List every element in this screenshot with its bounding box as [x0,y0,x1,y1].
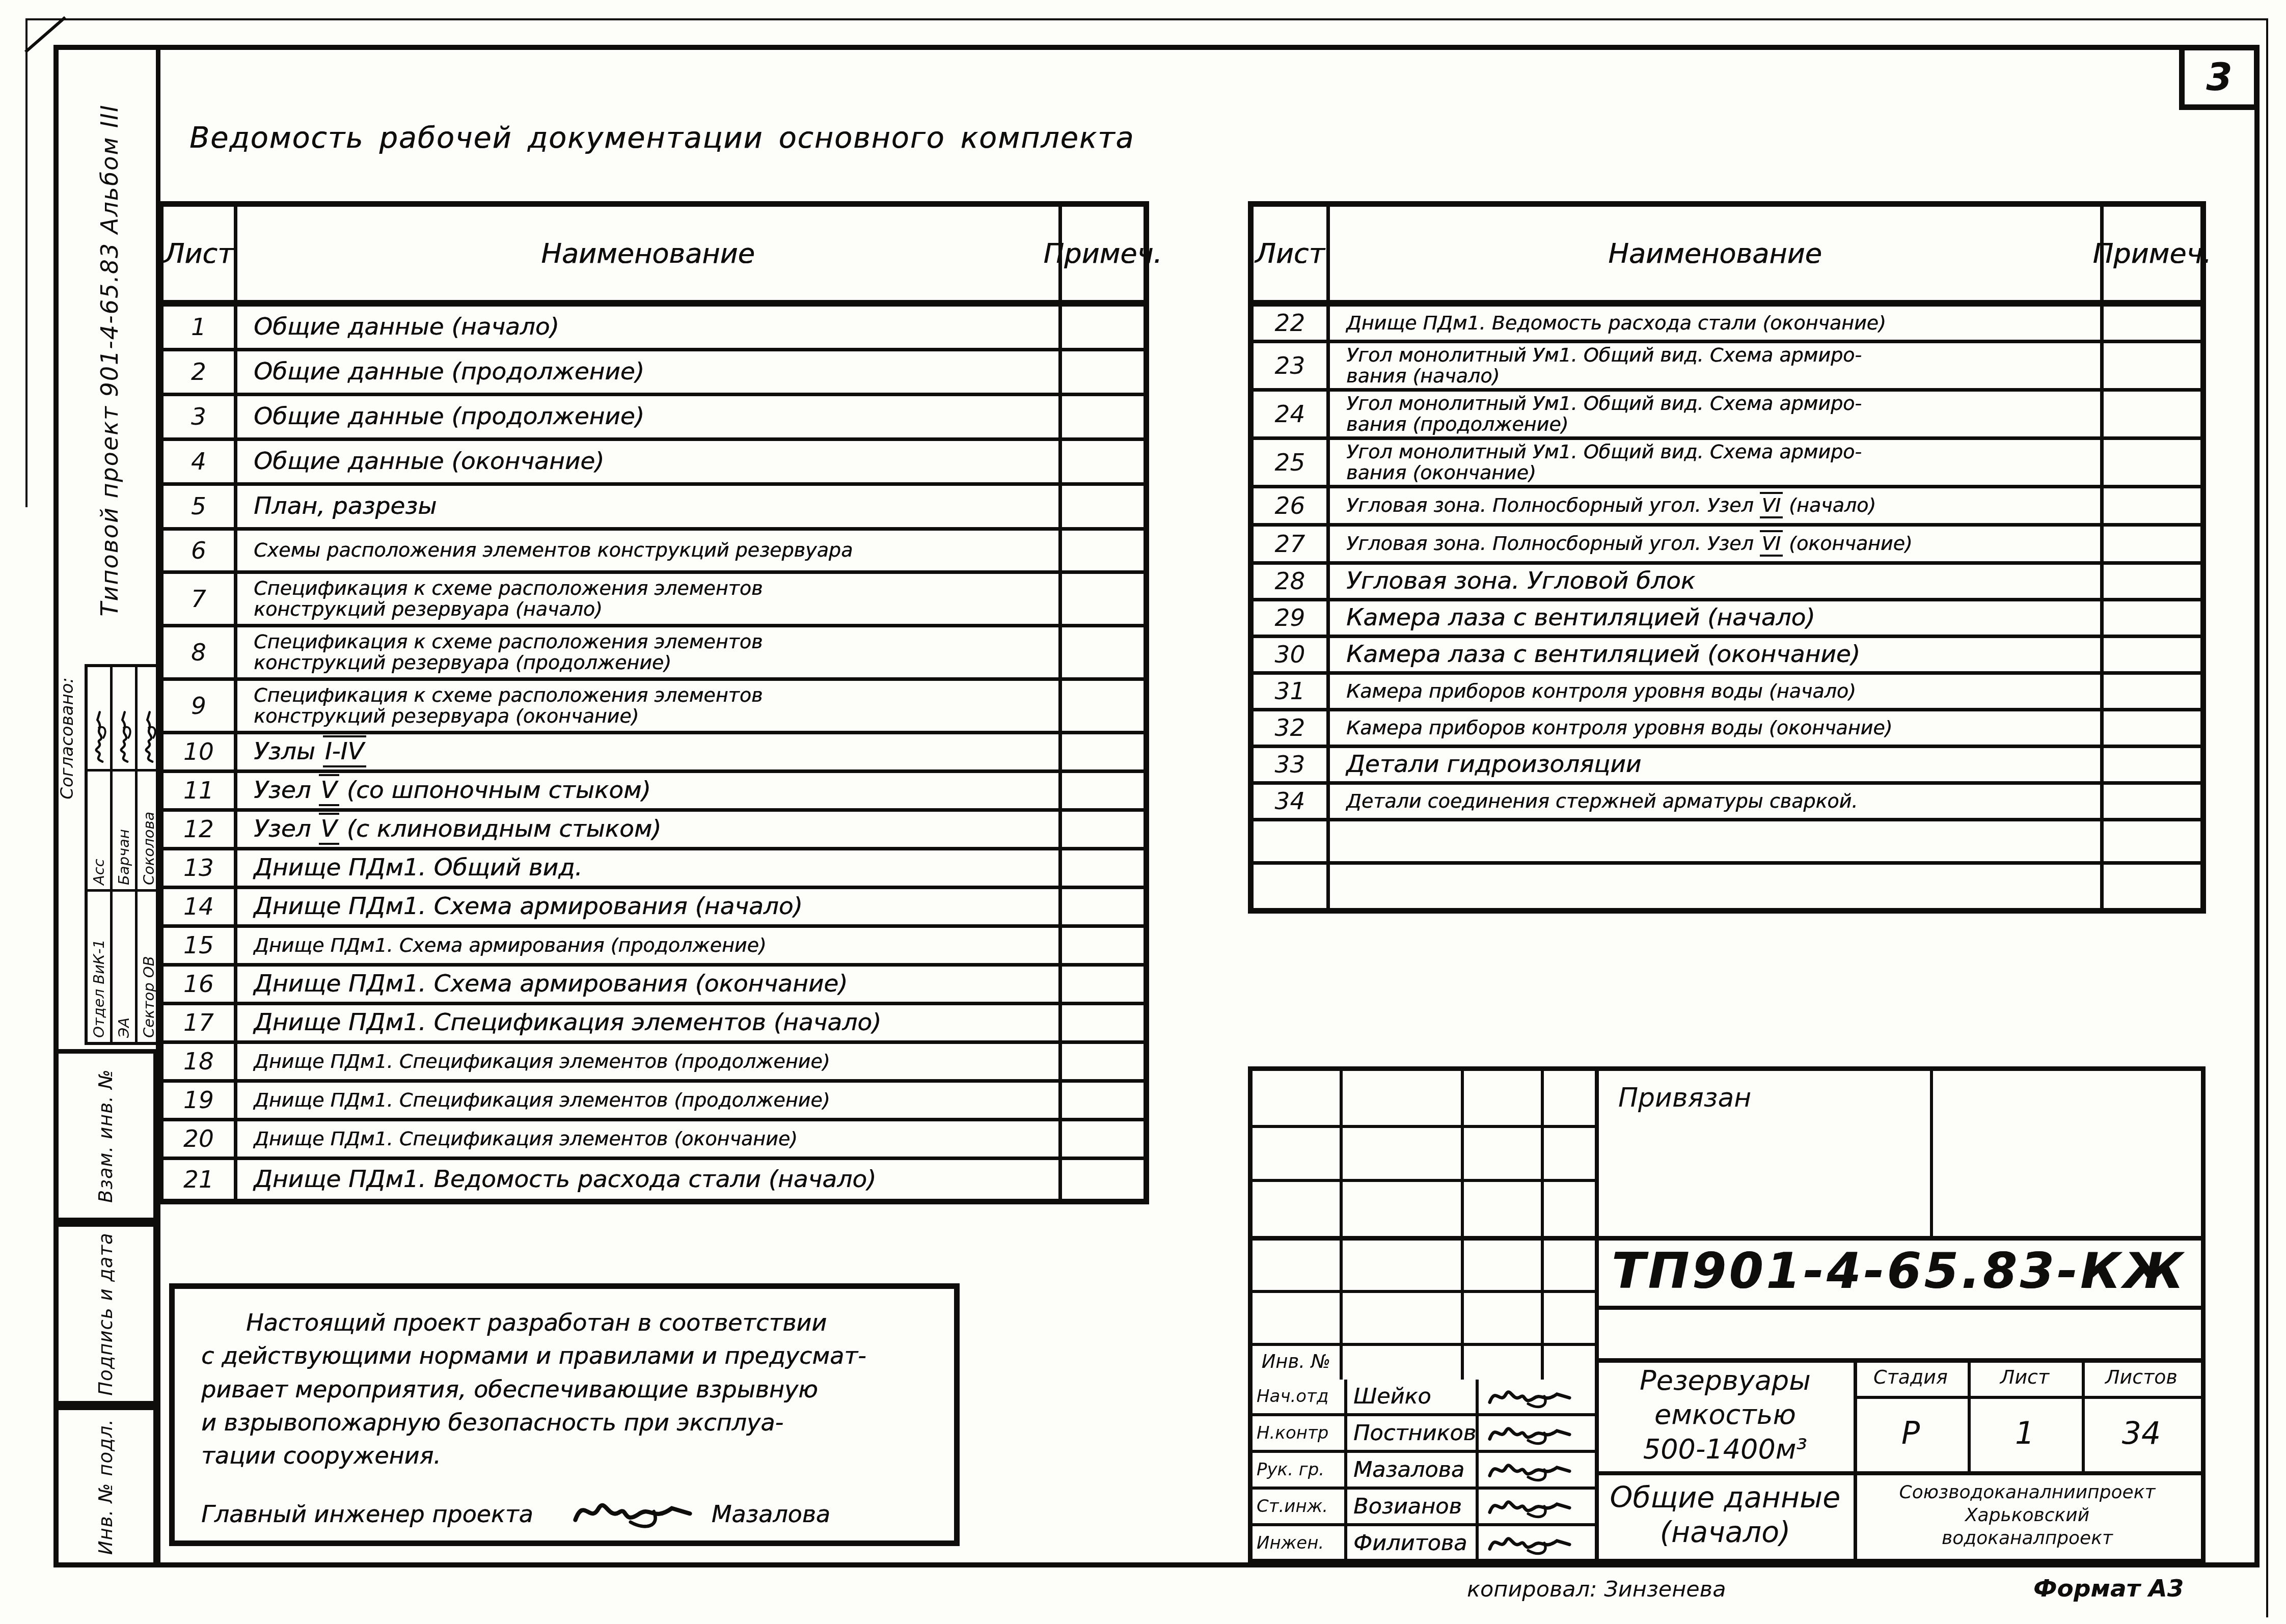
table-row: 21Днище ПДм1. Ведомость расхода стали (н… [164,1160,1144,1199]
table-row: 17Днище ПДм1. Спецификация элементов (на… [164,1005,1144,1044]
row-name-cell: Узлы I-IV [237,734,1062,769]
row-name-line: вания (начало) [1346,366,2100,387]
copied-by-note: копировал: Зинзенева [1467,1577,1726,1602]
row-number-cell: 21 [164,1160,237,1199]
row-number-cell: 34 [1254,785,1330,818]
approval-name: Асс [88,769,110,889]
row-note-cell [1062,627,1144,677]
stamp-label: Подпись и дата [95,1232,117,1395]
document-list-title: Ведомость рабочей документации основного… [189,121,1134,155]
row-name-line: Угловая зона. Полносборный угол. Узел VI… [1346,533,2100,554]
table-row: 29Камера лаза с вентиляцией (начало) [1254,601,2200,638]
row-note-cell [1062,441,1144,482]
row-name-line: Схемы расположения элементов конструкций… [254,540,1058,561]
signature-icon [1479,1455,1581,1484]
approval-row: ЭАБарчан [113,667,138,1042]
organization-name: СоюзводоканалниипроектХарьковскийводокан… [1854,1471,2201,1559]
note-line: и взрывопожарную безопасность при эксплу… [201,1406,931,1439]
row-name-line: Камера лаза с вентиляцией (начало) [1346,605,2100,631]
col-header-note: Примеч. [1062,207,1144,300]
row-name-cell: Схемы расположения элементов конструкций… [237,531,1062,570]
chief-engineer-line: Главный инженер проекта Мазалова [201,1490,931,1538]
table-row: 24Угол монолитный Ум1. Общий вид. Схема … [1254,392,2200,440]
row-number-cell [1254,865,1330,908]
title-block-line [1597,1306,2201,1310]
row-note-cell [2104,343,2200,388]
stage-value-cell: 1 [1968,1396,2082,1471]
row-note-cell [1062,889,1144,924]
roman-numeral: V [319,774,339,806]
row-note-cell [1062,486,1144,527]
row-name-line: Днище ПДм1. Спецификация элементов (прод… [254,1090,1058,1111]
row-name-line: конструкций резервуара (окончание) [254,706,1058,727]
roman-numeral: I-IV [323,735,366,767]
organization-line: Харьковский [1965,1504,2089,1527]
col-header-sheet: Лист [1254,207,1330,300]
project-note-text: Настоящий проект разработан в соответств… [201,1306,931,1473]
row-name-cell [1330,865,2104,908]
table-row: 14Днище ПДм1. Схема армирования (начало) [164,889,1144,928]
staff-row: Инжен.Филитова [1253,1526,1595,1563]
row-number-cell: 1 [164,307,237,348]
organization-line: водоканалпроект [1942,1527,2113,1550]
row-name-cell: Днище ПДм1. Спецификация элементов (окон… [237,1121,1062,1157]
row-number-cell: 19 [164,1083,237,1118]
row-number-cell: 18 [164,1044,237,1079]
binding-note: Привязан [1597,1071,1951,1125]
row-number-cell: 8 [164,627,237,677]
col-header-name: Наименование [237,207,1062,300]
row-name-line: Детали соединения стержней арматуры свар… [1346,791,2100,812]
row-name-cell: Детали гидроизоляции [1330,748,2104,781]
row-note-cell [1062,1005,1144,1040]
approval-signature [113,667,135,769]
note-line: тации сооружения. [201,1439,931,1472]
row-name-cell: Общие данные (продолжение) [237,396,1062,437]
row-number-cell: 20 [164,1121,237,1157]
row-note-cell [1062,773,1144,808]
row-number-cell: 31 [1254,675,1330,708]
format-note: Формат А3 [2033,1575,2184,1603]
row-name-line: вания (продолжение) [1346,414,2100,435]
row-note-cell [2104,565,2200,598]
staff-name: Возианов [1347,1490,1479,1523]
table-row: 16Днище ПДм1. Схема армирования (окончан… [164,967,1144,1005]
chief-engineer-name: Мазалова [712,1500,830,1528]
row-number-cell [1254,821,1330,861]
staff-role: Нач.отд [1253,1380,1347,1413]
table-row: 33Детали гидроизоляции [1254,748,2200,785]
signature-icon [140,709,158,765]
row-number-cell: 12 [164,812,237,847]
title-block-line [1253,1125,1597,1128]
row-note-cell [1062,850,1144,886]
row-number-cell: 16 [164,967,237,1002]
col-header-sheet: Лист [164,207,237,300]
title-block: Привязан Инв. № ТП901-4-65.83-КЖ Резерву… [1248,1066,2206,1563]
signature-icon [1479,1528,1581,1558]
row-name-line: Угол монолитный Ум1. Общий вид. Схема ар… [1346,442,2100,462]
row-name-line: Камера лаза с вентиляцией (окончание) [1346,642,2100,668]
stamp-cell-inv-podl: Инв. № подл. [53,1406,158,1567]
row-name-cell: Спецификация к схеме расположения элемен… [237,681,1062,731]
doc-list-table-left: ЛистНаименованиеПримеч.1Общие данные (на… [158,201,1149,1204]
table-row: 18Днище ПДм1. Спецификация элементов (пр… [164,1044,1144,1083]
staff-row: Ст.инж.Возианов [1253,1490,1595,1526]
row-name-line: Общие данные (продолжение) [254,359,1058,385]
roman-numeral: VI [1760,530,1783,557]
row-name-line: Общие данные (окончание) [254,449,1058,475]
staff-signature [1479,1380,1595,1413]
row-name-cell: Днище ПДм1. Ведомость расхода стали (нач… [237,1160,1062,1199]
table-row: 2Общие данные (продолжение) [164,351,1144,396]
row-note-cell [2104,748,2200,781]
approval-dept: Отдел ВиК-1 [88,889,110,1042]
row-name-line: конструкций резервуара (начало) [254,599,1058,620]
row-name-line: Днище ПДм1. Схема армирования (продолжен… [254,935,1058,956]
row-name-line: Камера приборов контроля уровня воды (на… [1346,681,2100,702]
table-row: 10Узлы I-IV [164,734,1144,773]
row-name-line: Днище ПДм1. Ведомость расхода стали (нач… [254,1167,1058,1193]
row-name-line: Днище ПДм1. Спецификация элементов (окон… [254,1128,1058,1149]
col-header-note: Примеч. [2104,207,2200,300]
row-number-cell: 15 [164,928,237,963]
row-note-cell [2104,527,2200,561]
row-note-cell [1062,396,1144,437]
table-row: 5План, разрезы [164,486,1144,531]
row-note-cell [1062,734,1144,769]
row-name-line: Днище ПДм1. Спецификация элементов (прод… [254,1051,1058,1072]
row-note-cell [1062,307,1144,348]
row-note-cell [1062,967,1144,1002]
row-name-line: Спецификация к схеме расположения элемен… [254,631,1058,652]
row-number-cell: 33 [1254,748,1330,781]
row-note-cell [2104,675,2200,708]
scanned-drawing-sheet: 3 Типовой проект 901-4-65.83 Альбом III … [0,0,2286,1624]
row-note-cell [2104,488,2200,523]
note-line: с действующими нормами и правилами и пре… [201,1339,931,1372]
approval-name: Барчан [113,769,135,889]
stage-value-cell: Р [1854,1396,1968,1471]
row-name-line: Днище ПДм1. Схема армирования (начало) [254,894,1058,920]
row-name-cell: Угловая зона. Полносборный угол. Узел VI… [1330,488,2104,523]
staff-row: Н.контрПостников [1253,1416,1595,1453]
row-name-line: Угол монолитный Ум1. Общий вид. Схема ар… [1346,345,2100,366]
title-block-line [1461,1071,1464,1380]
approval-row: Сектор ОВСоколова [138,667,160,1042]
row-name-line: Угол монолитный Ум1. Общий вид. Схема ар… [1346,393,2100,414]
staff-signature [1479,1526,1595,1560]
title-block-line [1253,1290,1597,1293]
table-row: 11Узел V (со шпоночным стыком) [164,773,1144,812]
row-name-line: конструкций резервуара (продолжение) [254,652,1058,673]
stamp-label: Взам. инв. № [95,1068,117,1202]
row-name-cell: Днище ПДм1. Спецификация элементов (нача… [237,1005,1062,1040]
row-number-cell: 13 [164,850,237,886]
row-name-line: Днище ПДм1. Ведомость расхода стали (око… [1346,313,2100,334]
row-name-line: Спецификация к схеме расположения элемен… [254,578,1058,599]
project-note-box: Настоящий проект разработан в соответств… [169,1283,960,1546]
row-name-cell: Общие данные (начало) [237,307,1062,348]
row-name-cell: Угол монолитный Ум1. Общий вид. Схема ар… [1330,440,2104,485]
signature-icon [1479,1382,1581,1411]
row-note-cell [1062,1044,1144,1079]
sheet-edge-left [25,18,28,507]
row-number-cell: 4 [164,441,237,482]
staff-role: Рук. гр. [1253,1453,1347,1487]
staff-role: Н.контр [1253,1416,1347,1450]
title-block-line [1340,1071,1343,1380]
stage-value-cell: 34 [2082,1396,2201,1471]
object-name: Резервуары емкостью 500-1400м³ [1597,1358,1854,1471]
approval-table: Отдел ВиК-1АссЭАБарчанСектор ОВСоколова [85,664,163,1045]
title-block-line [1541,1071,1544,1380]
row-number-cell: 6 [164,531,237,570]
organization-line: Союзводоканалниипроект [1899,1481,2156,1504]
row-note-cell [1062,1083,1144,1118]
row-note-cell [2104,821,2200,861]
row-note-cell [1062,574,1144,624]
row-name-line: Днище ПДм1. Схема армирования (окончание… [254,971,1058,997]
row-note-cell [2104,711,2200,745]
table-row: 22Днище ПДм1. Ведомость расхода стали (о… [1254,307,2200,343]
row-name-cell: Угловая зона. Полносборный угол. Узел VI… [1330,527,2104,561]
row-name-line: План, разрезы [254,493,1058,519]
table-row [1254,821,2200,865]
table-row: 9Спецификация к схеме расположения элеме… [164,681,1144,734]
row-number-cell: 17 [164,1005,237,1040]
row-name-line: вания (окончание) [1346,462,2100,483]
row-number-cell: 2 [164,351,237,393]
roman-numeral: VI [1760,492,1783,518]
approval-row: Отдел ВиК-1Асс [88,667,113,1042]
row-number-cell: 27 [1254,527,1330,561]
staff-name: Филитова [1347,1526,1479,1560]
doc-list-table-right: ЛистНаименованиеПримеч.22Днище ПДм1. Вед… [1248,201,2206,914]
document-designation: ТП901-4-65.83-КЖ [1597,1236,2201,1306]
row-number-cell: 25 [1254,440,1330,485]
row-number-cell: 22 [1254,307,1330,340]
row-name-line: Днище ПДм1. Спецификация элементов (нача… [254,1010,1058,1036]
signature-icon [1479,1492,1581,1521]
approval-block: Согласовано: Отдел ВиК-1АссЭАБарчанСекто… [57,664,158,1045]
staff-role: Инжен. [1253,1526,1347,1560]
row-name-cell: Днище ПДм1. Спецификация элементов (прод… [237,1044,1062,1079]
row-name-line: Угловая зона. Угловой блок [1346,568,2100,594]
inventory-number-label: Инв. № [1253,1343,1340,1380]
stage-header-cell: Лист [1968,1358,2082,1396]
row-name-line: Узлы I-IV [254,739,1058,765]
sheet-name: Общие данные (начало) [1597,1471,1854,1559]
approval-signature [138,667,160,769]
table-row: 31Камера приборов контроля уровня воды (… [1254,675,2200,711]
table-row: 27Угловая зона. Полносборный угол. Узел … [1254,527,2200,565]
signature-icon [90,709,108,765]
row-name-cell: Днище ПДм1. Схема армирования (начало) [237,889,1062,924]
row-number-cell: 14 [164,889,237,924]
row-name-cell: Днище ПДм1. Схема армирования (продолжен… [237,928,1062,963]
approval-dept: Сектор ОВ [138,889,160,1042]
row-note-cell [1062,531,1144,570]
row-number-cell: 30 [1254,638,1330,671]
row-note-cell [2104,638,2200,671]
page-number-box: 3 [2179,45,2260,110]
row-name-cell: Камера приборов контроля уровня воды (на… [1330,675,2104,708]
row-note-cell [1062,928,1144,963]
table-row: 12Узел V (с клиновидным стыком) [164,812,1144,850]
row-name-line: Общие данные (начало) [254,314,1058,340]
row-note-cell [1062,812,1144,847]
approval-heading: Согласовано: [57,664,85,1045]
stage-header-cell: Листов [2082,1358,2201,1396]
row-name-line: Узел V (со шпоночным стыком) [254,778,1058,804]
row-number-cell: 7 [164,574,237,624]
table-row: 26Угловая зона. Полносборный угол. Узел … [1254,488,2200,527]
row-name-cell: Угол монолитный Ум1. Общий вид. Схема ар… [1330,392,2104,436]
table-header-row: ЛистНаименованиеПримеч. [1254,207,2200,307]
row-name-cell: Днище ПДм1. Ведомость расхода стали (око… [1330,307,2104,340]
table-row: 13Днище ПДм1. Общий вид. [164,850,1144,889]
title-block-line [1253,1179,1597,1182]
row-note-cell [1062,351,1144,393]
table-row: 30Камера лаза с вентиляцией (окончание) [1254,638,2200,675]
row-name-cell: Камера приборов контроля уровня воды (ок… [1330,711,2104,745]
row-name-cell: Узел V (с клиновидным стыком) [237,812,1062,847]
row-number-cell: 9 [164,681,237,731]
row-note-cell [1062,1121,1144,1157]
row-name-line: Камера приборов контроля уровня воды (ок… [1346,718,2100,738]
row-name-cell [1330,821,2104,861]
row-note-cell [2104,601,2200,635]
staff-name: Шейко [1347,1380,1479,1413]
row-note-cell [1062,681,1144,731]
staff-signature [1479,1453,1595,1487]
table-row [1254,865,2200,908]
row-name-cell: Угловая зона. Угловой блок [1330,565,2104,598]
row-number-cell: 29 [1254,601,1330,635]
staff-name: Мазалова [1347,1453,1479,1487]
table-header-row: ЛистНаименованиеПримеч. [164,207,1144,307]
row-note-cell [2104,785,2200,818]
stamp-cell-vzam-inv: Взам. инв. № [53,1049,158,1222]
row-number-cell: 23 [1254,343,1330,388]
signature-icon [1479,1418,1581,1448]
table-row: 20Днище ПДм1. Спецификация элементов (ок… [164,1121,1144,1160]
table-row: 8Спецификация к схеме расположения элеме… [164,627,1144,681]
row-number-cell: 5 [164,486,237,527]
row-name-cell: Спецификация к схеме расположения элемен… [237,627,1062,677]
row-name-cell: Общие данные (продолжение) [237,351,1062,393]
roman-numeral: V [319,813,339,845]
staff-name: Постников [1347,1416,1479,1450]
row-name-cell: Камера лаза с вентиляцией (окончание) [1330,638,2104,671]
note-line: ривает мероприятия, обеспечивающие взрыв… [201,1373,931,1406]
row-name-cell: Днище ПДм1. Спецификация элементов (прод… [237,1083,1062,1118]
approval-signature [88,667,110,769]
approval-dept: ЭА [113,889,135,1042]
stamp-label: Инв. № подл. [95,1418,117,1554]
sheet-edge-right [2266,18,2268,1617]
chief-engineer-role: Главный инженер проекта [201,1500,533,1528]
sheet-edge-top [26,18,2268,20]
table-row: 23Угол монолитный Ум1. Общий вид. Схема … [1254,343,2200,392]
row-name-cell: Узел V (со шпоночным стыком) [237,773,1062,808]
row-name-line: Спецификация к схеме расположения элемен… [254,685,1058,706]
row-name-cell: Детали соединения стержней арматуры свар… [1330,785,2104,818]
table-row: 6Схемы расположения элементов конструкци… [164,531,1144,574]
table-row: 1Общие данные (начало) [164,307,1144,351]
row-number-cell: 32 [1254,711,1330,745]
row-note-cell [2104,865,2200,908]
row-name-line: Общие данные (продолжение) [254,404,1058,430]
table-row: 3Общие данные (продолжение) [164,396,1144,441]
row-number-cell: 11 [164,773,237,808]
note-line: Настоящий проект разработан в соответств… [201,1306,931,1339]
row-number-cell: 26 [1254,488,1330,523]
row-name-line: Детали гидроизоляции [1346,752,2100,778]
col-header-name: Наименование [1330,207,2104,300]
staff-row: Нач.отдШейко [1253,1380,1595,1416]
row-name-line: Днище ПДм1. Общий вид. [254,855,1058,881]
table-row: 25Угол монолитный Ум1. Общий вид. Схема … [1254,440,2200,488]
row-note-cell [2104,307,2200,340]
row-name-cell: План, разрезы [237,486,1062,527]
chief-engineer-signature [569,1490,696,1538]
stamp-cell-podpis-data: Подпись и дата [53,1222,158,1406]
row-name-line: Узел V (с клиновидным стыком) [254,816,1058,842]
table-row: 7Спецификация к схеме расположения элеме… [164,574,1144,627]
row-name-line: Угловая зона. Полносборный угол. Узел VI… [1346,495,2100,516]
approval-name: Соколова [138,769,160,889]
row-number-cell: 28 [1254,565,1330,598]
signature-icon [569,1490,696,1533]
row-note-cell [2104,392,2200,436]
stage-header-cell: Стадия [1854,1358,1968,1396]
table-row: 4Общие данные (окончание) [164,441,1144,486]
row-name-cell: Спецификация к схеме расположения элемен… [237,574,1062,624]
staff-role: Ст.инж. [1253,1490,1347,1523]
row-name-cell: Днище ПДм1. Схема армирования (окончание… [237,967,1062,1002]
row-name-cell: Угол монолитный Ум1. Общий вид. Схема ар… [1330,343,2104,388]
table-row: 32Камера приборов контроля уровня воды (… [1254,711,2200,748]
staff-row: Рук. гр.Мазалова [1253,1453,1595,1490]
row-name-cell: Камера лаза с вентиляцией (начало) [1330,601,2104,635]
table-row: 19Днище ПДм1. Спецификация элементов (пр… [164,1083,1144,1121]
album-vertical-label: Типовой проект 901-4-65.83 Альбом III [62,64,156,657]
row-name-cell: Общие данные (окончание) [237,441,1062,482]
row-number-cell: 3 [164,396,237,437]
page-number: 3 [2206,56,2233,99]
table-row: 15Днище ПДм1. Схема армирования (продолж… [164,928,1144,967]
row-name-cell: Днище ПДм1. Общий вид. [237,850,1062,886]
table-row: 28Угловая зона. Угловой блок [1254,565,2200,601]
staff-signature [1479,1490,1595,1523]
signature-icon [115,709,133,765]
row-note-cell [1062,1160,1144,1199]
row-number-cell: 24 [1254,392,1330,436]
staff-signature [1479,1416,1595,1450]
row-note-cell [2104,440,2200,485]
row-number-cell: 10 [164,734,237,769]
table-row: 34Детали соединения стержней арматуры св… [1254,785,2200,821]
